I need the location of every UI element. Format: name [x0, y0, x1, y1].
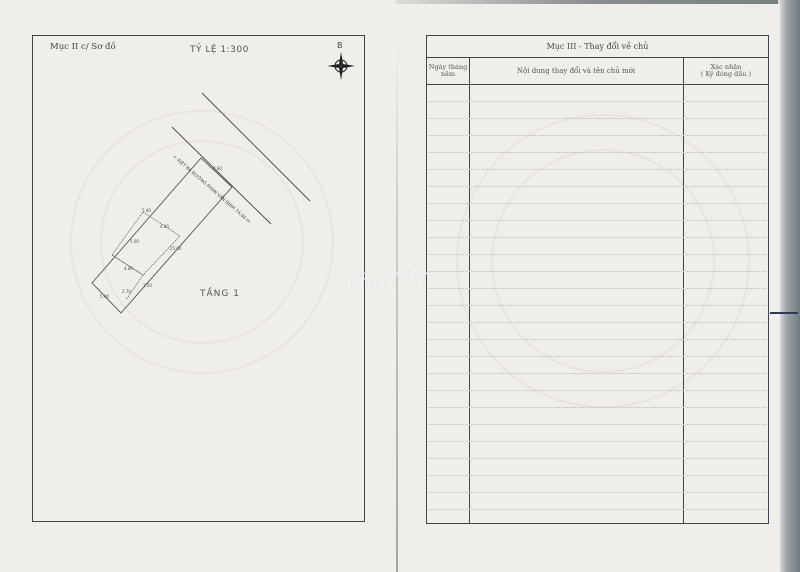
column-header-confirmation: Xác nhận ( Ký đóng dấu ) — [683, 58, 769, 84]
svg-text:25.00: 25.00 — [170, 246, 182, 251]
svg-text:4.80: 4.80 — [213, 166, 222, 171]
svg-text:4.80: 4.80 — [124, 266, 133, 271]
table-row — [429, 492, 766, 493]
table-row — [429, 237, 766, 238]
table-row — [429, 186, 766, 187]
table-row — [429, 254, 766, 255]
land-plot-diagram: 4.80 5.40 4.80 25.00 5.00 4.80 3.50 2.70… — [0, 0, 396, 572]
watermark-logo: chợTỐT — [347, 270, 428, 295]
table-row — [429, 203, 766, 204]
table-row — [429, 509, 766, 510]
table-body — [427, 84, 768, 523]
table-row — [429, 356, 766, 357]
background-surface-edge — [778, 0, 800, 572]
table-row — [429, 135, 766, 136]
section-title-right: Mục III - Thay đổi về chủ — [427, 42, 768, 51]
svg-text:4.80: 4.80 — [160, 224, 169, 229]
table-row — [429, 322, 766, 323]
page-fold — [396, 40, 398, 572]
table-row — [429, 373, 766, 374]
ownership-change-table: Mục III - Thay đổi về chủ Ngày tháng năm… — [426, 35, 769, 524]
table-row — [429, 441, 766, 442]
table-row — [429, 101, 766, 102]
table-row — [429, 305, 766, 306]
table-row — [429, 458, 766, 459]
table-row — [429, 424, 766, 425]
table-row — [429, 288, 766, 289]
table-row — [429, 169, 766, 170]
table-row — [429, 475, 766, 476]
svg-text:2.70: 2.70 — [122, 289, 131, 294]
table-row — [429, 407, 766, 408]
column-header-date: Ngày tháng năm — [427, 58, 469, 84]
table-row — [429, 152, 766, 153]
table-row — [429, 220, 766, 221]
column-header-content: Nội dung thay đổi và tên chủ mới — [469, 58, 683, 84]
edge-mark — [770, 312, 798, 314]
table-row — [429, 118, 766, 119]
svg-text:5.00: 5.00 — [100, 294, 109, 299]
floor-label: TẦNG 1 — [200, 289, 240, 299]
svg-text:5.00: 5.00 — [130, 239, 139, 244]
table-row — [429, 390, 766, 391]
svg-text:3.50: 3.50 — [143, 283, 152, 288]
svg-text:5.40: 5.40 — [142, 208, 151, 213]
table-row — [429, 339, 766, 340]
table-row — [429, 271, 766, 272]
